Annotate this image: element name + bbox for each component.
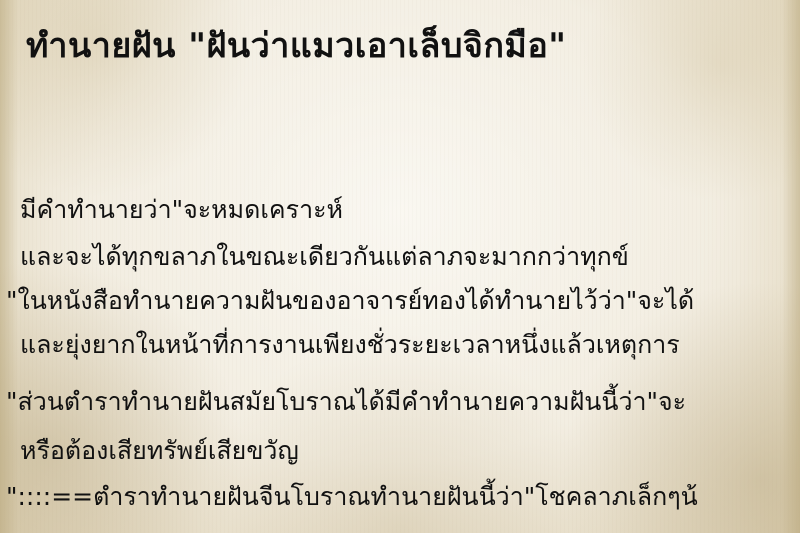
prediction-line-7: "::::==ตำราทำนายฝันจีนโบราณทำนายฝันนี้ว่… (6, 484, 698, 509)
prediction-line-5: "ส่วนตำราทำนายฝันสมัยโบราณได้มีคำทำนายคว… (6, 389, 686, 414)
prediction-line-1: มีคำทำนายว่า"จะหมดเคราะห์ (20, 197, 343, 222)
page-title: ทำนายฝัน "ฝันว่าแมวเอาเล็บจิกมือ" (26, 18, 566, 72)
prediction-line-3: "ในหนังสือทำนายความฝันของอาจารย์ทองได้ทำ… (6, 288, 694, 313)
prediction-line-2: และจะได้ทุกขลาภในขณะเดียวกันแต่ลาภจะมากก… (20, 244, 629, 269)
paper-edge-left (0, 0, 18, 533)
paper-edge-right (782, 0, 800, 533)
prediction-line-4: และยุ่งยากในหน้าที่การงานเพียงชั่วระยะเว… (20, 332, 680, 357)
prediction-line-6: หรือต้องเสียทรัพย์เสียขวัญ (20, 438, 299, 463)
